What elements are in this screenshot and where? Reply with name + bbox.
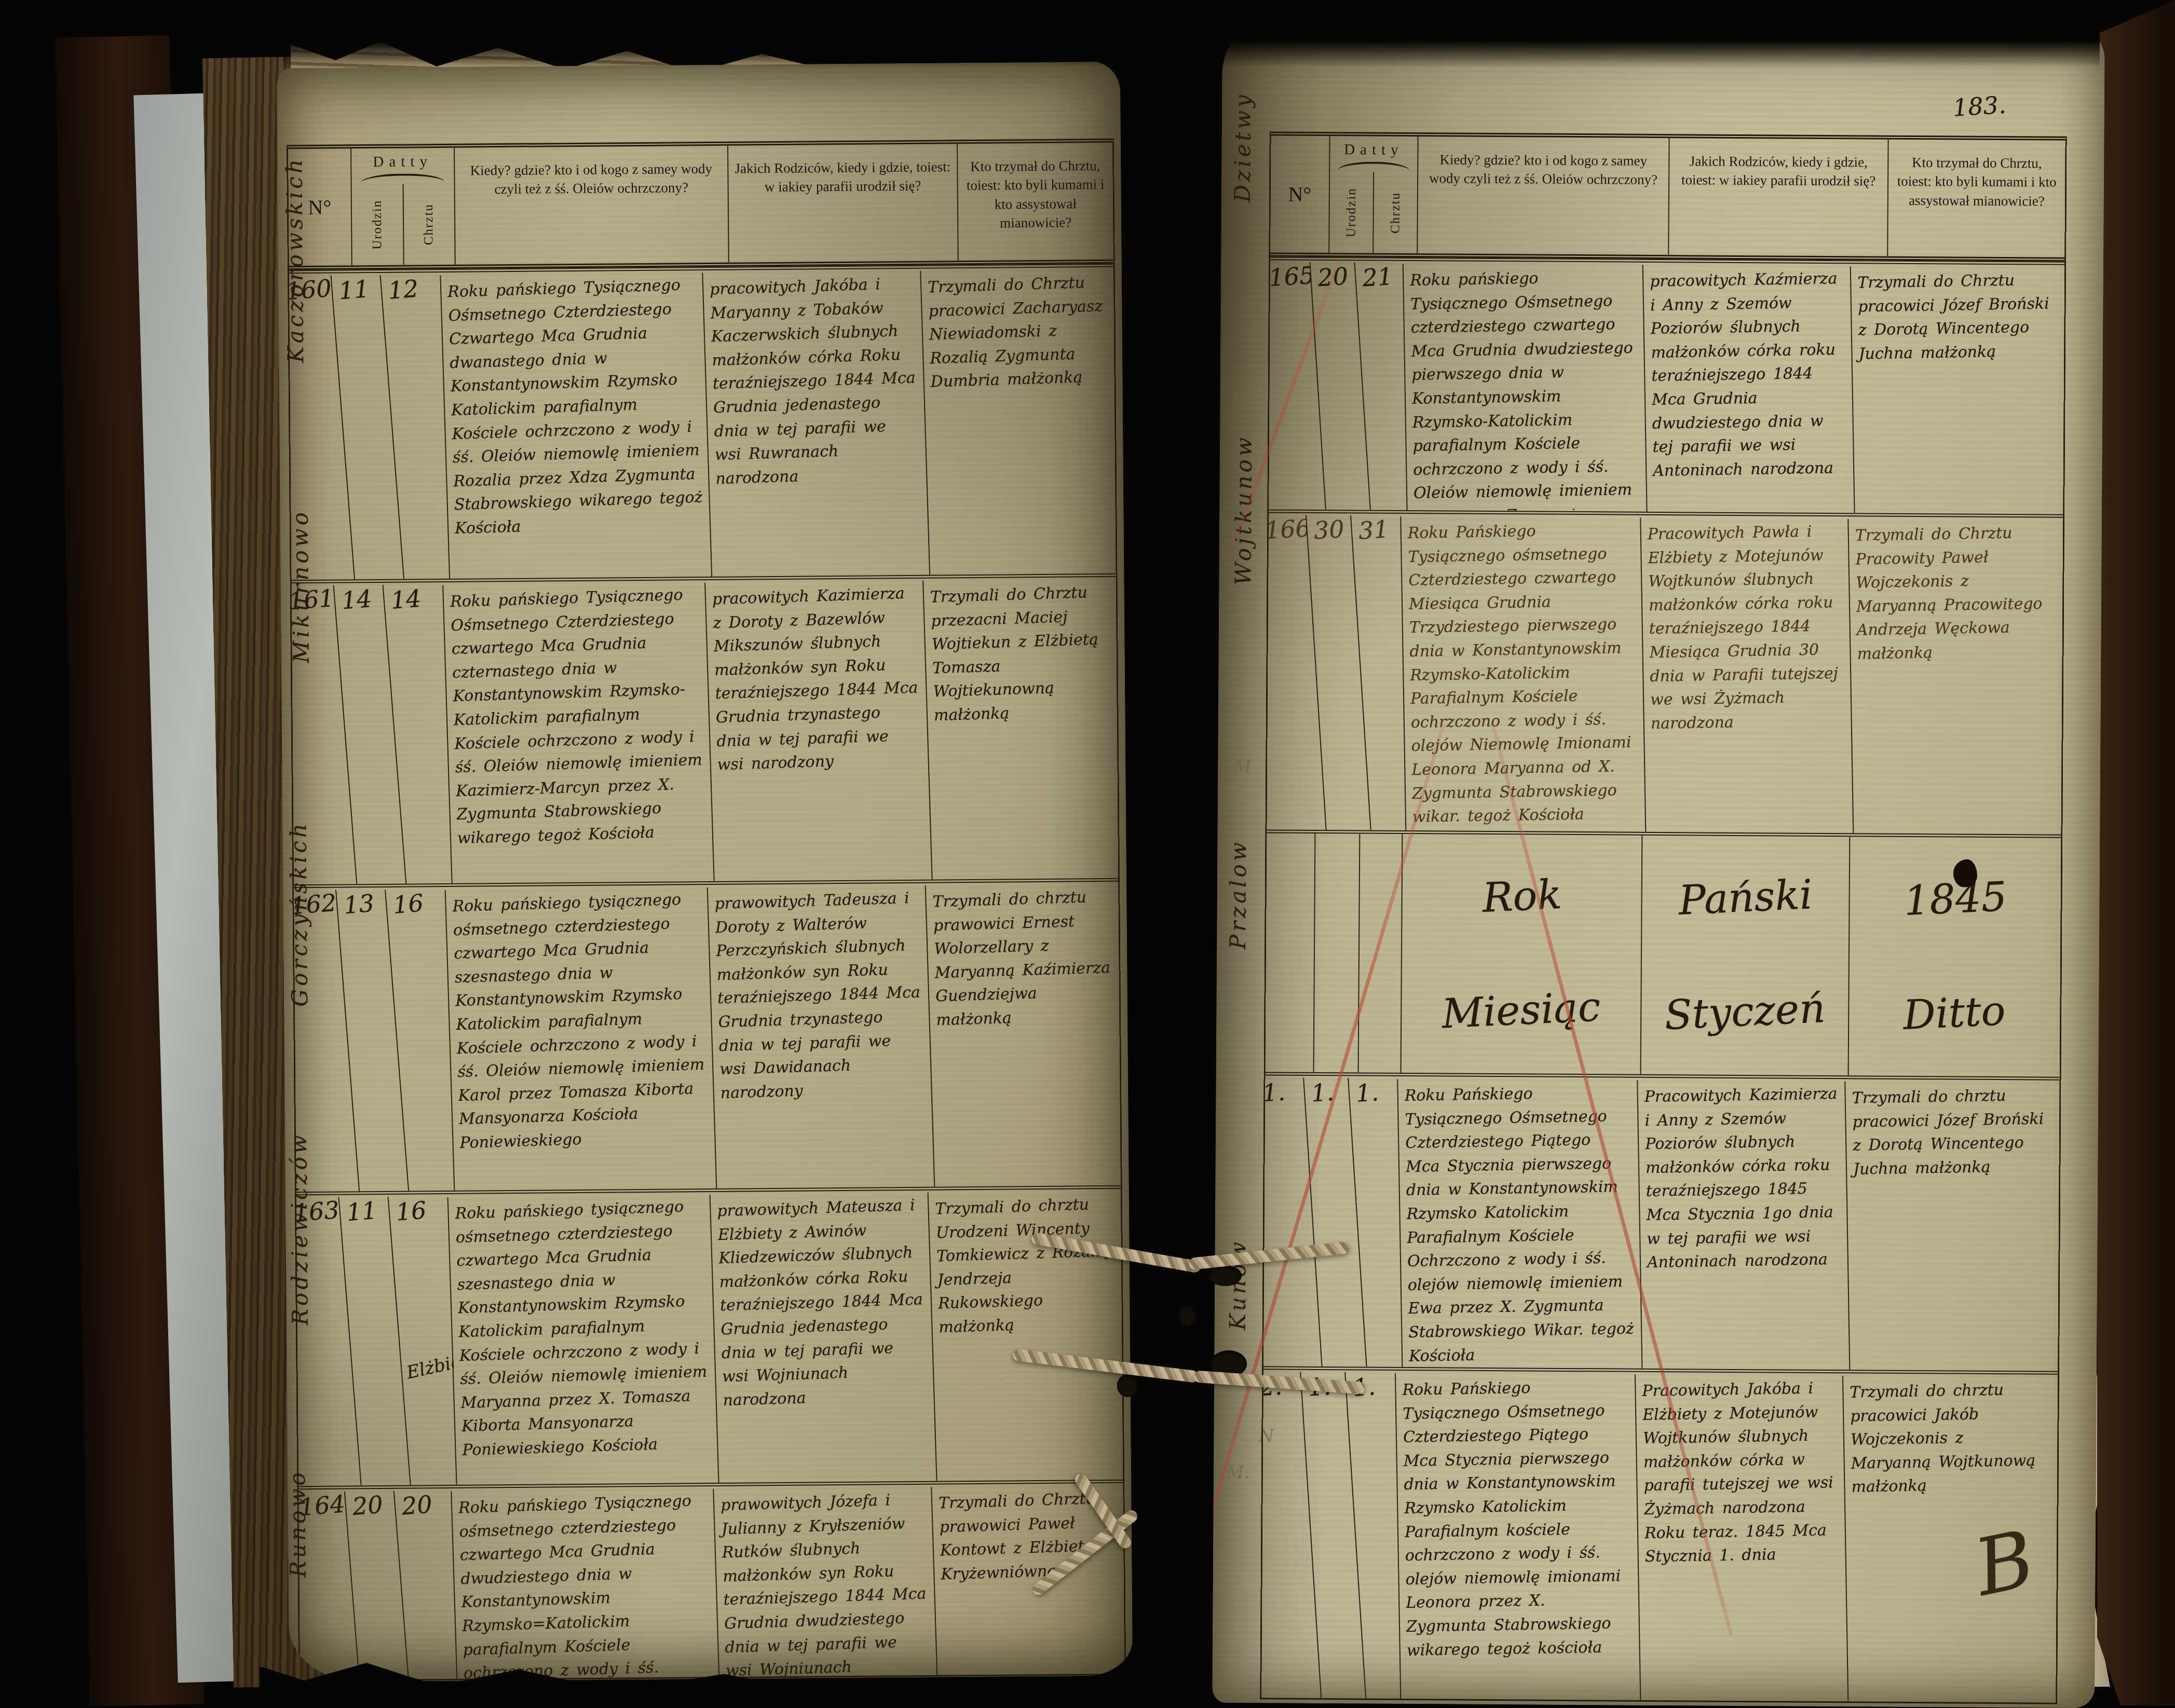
register-page-left: Kaczorowskich Mikurnowo Gorczyńskich Rod…	[277, 62, 1133, 1683]
book-scan: Kaczorowskich Mikurnowo Gorczyńskich Rod…	[0, 0, 2175, 1705]
top-shadow	[283, 26, 2100, 67]
header-dates-group: Datty Urodzin Chrztu	[350, 148, 455, 266]
dates-brace	[1338, 161, 1409, 172]
parents-record: prawowitych Tadeusza i Doroty z Walterów…	[707, 881, 934, 1191]
table-row: 165 20 21 Roku pańskiego Tysiącznego Ośm…	[1269, 256, 2064, 514]
header-godparents-question: Kto trzymał do Chrztu, toiest: kto byli …	[957, 143, 1113, 261]
parents-record: pracowitych Jakóba i Maryanny z Tobaków …	[702, 266, 929, 579]
table-row: 164 20 20 Roku pańskiego Tysiącznego ośm…	[298, 1480, 1124, 1680]
gutter-note: Wojtkunow	[1230, 434, 1257, 585]
binding-hole	[1178, 1304, 1196, 1326]
pencil-note: M.	[1226, 1462, 1250, 1483]
page-number: 183.	[1952, 91, 2007, 122]
register-page-right: 183. Dzietwy Wojtkunow Przalow Kunow M 7…	[1212, 30, 2105, 1705]
godparents-record: Trzymali do Chrztu przezacni Maciej Wojt…	[922, 575, 1118, 882]
godparents-record: Trzymali do chrztu prawowici Ernest Wolo…	[925, 880, 1121, 1189]
year-heading-row: Rok Miesiąc Pański Styczeń 1845 Ditto	[1266, 829, 2061, 1076]
header-godparents-question: Kto trzymał do Chrztu, toiest: kto byli …	[1887, 140, 2065, 257]
header-dates-label: Datty	[373, 148, 432, 171]
month-name: Styczeń	[1663, 987, 1826, 1039]
parents-record: pracowitych Kaźmierza i Anny z Szemów Po…	[1642, 262, 1854, 514]
pencil-note: 7	[1236, 1296, 1248, 1317]
gutter-note: Dzietwy	[1230, 92, 1256, 202]
year-word-2: Pański	[1678, 873, 1814, 924]
dates-brace	[361, 173, 445, 184]
baptism-record: Roku pańskiego Tysiącznego ośmsetnego cz…	[451, 1483, 718, 1680]
parents-record: Pracowitych Pawła i Elżbiety z Motejunów…	[1640, 514, 1853, 835]
table-header: N° Datty Urodzin Chrztu Kiedy? gdzie? kt…	[1270, 135, 2065, 261]
header-baptism-question: Kiedy? gdzie? kto i od kogo z samey wody…	[454, 146, 728, 265]
table-row: 160 11 12 Roku pańskiego Tysiącznego Ośm…	[289, 264, 1116, 580]
baptism-record: Roku pańskiego Tysiącznego Ośmsetnego cz…	[1403, 260, 1647, 513]
pencil-note: M	[1233, 756, 1252, 777]
gutter-note: Przalow	[1225, 839, 1251, 949]
godparents-record: Trzymali do chrztu pracowici Józef Brońs…	[1844, 1078, 2059, 1371]
parents-record: Pracowitych Kazimierza i Anny z Szemów P…	[1637, 1077, 1849, 1371]
table-row: 163 11 16 Elżbieta= Roku pańskiego tysią…	[296, 1185, 1123, 1486]
ink-blot	[1953, 859, 1977, 887]
header-born: Urodzin	[370, 200, 385, 250]
register-table-left: N° Datty Urodzin Chrztu Kiedy? gdzie? kt…	[287, 139, 1126, 1682]
table-row: 166 30 31 Roku Pańskiego Tysiącznego ośm…	[1267, 509, 2063, 834]
parents-record: prawowitych Józefa i Julianny z Kryłszen…	[713, 1482, 936, 1679]
baptism-record: Roku pańskiego tysiącznego ośmsetnego cz…	[445, 882, 716, 1192]
godparents-record: Trzymali do chrztu Urodzeni Wincenty Tom…	[928, 1187, 1123, 1483]
baptism-record: Roku Pańskiego Tysiącznego ośmsetnego Cz…	[1400, 513, 1645, 833]
table-header: N° Datty Urodzin Chrztu Kiedy? gdzie? kt…	[288, 143, 1113, 270]
register-table-right: N° Datty Urodzin Chrztu Kiedy? gdzie? kt…	[1260, 131, 2067, 1704]
table-row: 1. 1. 1. Roku Pańskiego Tysiącznego Ośms…	[1263, 1072, 2059, 1371]
parents-record: pracowitych Kazimierza z Doroty z Bazewl…	[704, 576, 932, 884]
header-baptized: Chrztu	[422, 203, 437, 245]
baptism-record: Roku pańskiego Tysiącznego Ośmsetnego Cz…	[440, 267, 711, 580]
godparents-record: Trzymali do Chrztu pracowici Zacharyasz …	[920, 265, 1116, 577]
header-born: Urodzin	[1344, 187, 1359, 237]
table-row: 161 14 14 Roku pańskiego Tysiącznego Ośm…	[292, 573, 1119, 884]
baptism-record: Roku Pańskiego Tysiącznego Ośmsetnego Cz…	[1397, 1075, 1641, 1370]
header-parents-question: Jakich Rodziców, kiedy i gdzie, toiest: …	[727, 144, 958, 262]
header-baptized: Chrztu	[1388, 192, 1403, 234]
header-dates-group: Datty Urodzin Chrztu	[1328, 136, 1417, 253]
baptism-record: Roku pańskiego tysiącznego ośmsetnego cz…	[447, 1189, 718, 1486]
header-number: N°	[1270, 135, 1329, 253]
parents-record: Pracowitych Jakóba i Elżbiety z Motejunó…	[1635, 1371, 1847, 1703]
month-word: Miesiąc	[1440, 985, 1601, 1037]
header-number: N°	[288, 148, 351, 266]
header-dates-label: Datty	[1344, 136, 1404, 159]
binding-hole	[1117, 1374, 1138, 1397]
parents-record: prawowitych Mateusza i Elżbiety z Awinów…	[710, 1188, 936, 1485]
table-row: 162 13 16 Roku pańskiego tysiącznego ośm…	[294, 878, 1121, 1192]
header-baptism-question: Kiedy? gdzie? kto i od kogo z samey wody…	[1417, 136, 1668, 255]
baptism-record: Roku pańskiego Tysiącznego Ośmsetnego Cz…	[442, 577, 713, 884]
binding-hole	[1208, 1265, 1242, 1286]
header-parents-question: Jakich Rodziców, kiedy i gdzie, toiest: …	[1668, 138, 1887, 256]
table-row: 2. 1. 1. Roku Pańskiego Tysiącznego Ośms…	[1261, 1366, 2058, 1702]
baptism-record: Roku Pańskiego Tysiącznego Ośmsetnego Cz…	[1395, 1370, 1640, 1702]
book-cover-right	[2097, 0, 2175, 1705]
ditto-mark: Ditto	[1902, 989, 2007, 1039]
godparents-record: Trzymali do Chrztu pracowici Józef Brońs…	[1850, 263, 2064, 514]
year-word: Rok	[1481, 873, 1562, 921]
godparents-record: Trzymali do Chrztu Pracowity Paweł Wojcz…	[1847, 515, 2063, 835]
year-value: 1845	[1903, 875, 2008, 924]
